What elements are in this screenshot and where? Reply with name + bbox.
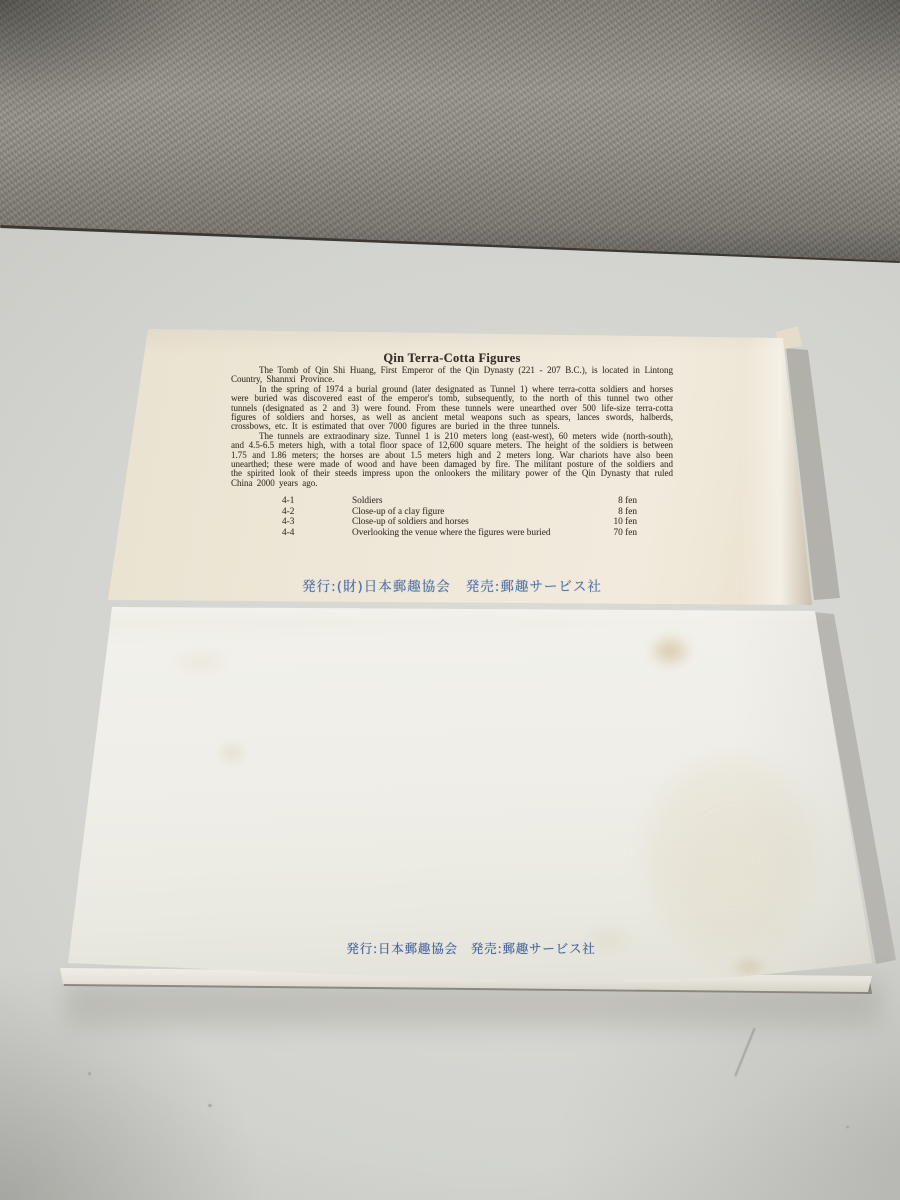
envelope-publisher-line: 発行:日本郵趣協会 発売:郵趣サービス社 [271,939,671,957]
stamp-price: 10 fen [614,517,638,528]
sheet-publisher-line: 発行:(財)日本郵趣協会 発売:郵趣サービス社 [231,575,673,595]
stamp-row: 4-2 Close-up of a clay figure 8 fen [231,507,637,518]
stamp-price: 8 fen [618,507,637,518]
stamp-description: Close-up of soldiers and horses [352,517,469,528]
envelope-issuer-text: 発行:日本郵趣協会 [346,939,457,957]
stamp-description: Soldiers [352,496,382,507]
stamp-description: Close-up of a clay figure [352,507,444,518]
stamp-number: 4-4 [282,528,294,539]
stamp-number: 4-2 [282,507,294,518]
envelope-stain [156,640,246,684]
stamp-number: 4-1 [282,496,294,507]
sheet-title: Qin Terra-Cotta Figures [231,351,673,366]
envelope-seller-text: 発売:郵趣サービス社 [471,939,596,957]
stamp-row: 4-1 Soldiers 8 fen [231,496,637,507]
envelope-stain [210,736,254,770]
sheet-issuer-text: 発行:(財)日本郵趣協会 [302,575,451,595]
stamp-row: 4-3 Close-up of soldiers and horses 10 f… [231,517,637,528]
photo-stage: 発行:日本郵趣協会 発売:郵趣サービス社 Qin Terra-Cotta Fig… [0,0,900,1200]
stamp-price: 8 fen [618,496,637,507]
stamp-price: 70 fen [614,528,638,539]
table-speck [208,1104,212,1107]
table-speck [88,1072,91,1075]
stamp-row: 4-4 Overlooking the venue where the figu… [231,528,637,539]
stamp-number: 4-3 [282,517,294,528]
envelope [60,600,880,992]
textured-wall [0,0,900,262]
stamp-list: 4-1 Soldiers 8 fen 4-2 Close-up of a cla… [231,496,637,539]
sheet-paragraph-1: The Tomb of Qin Shi Huang, First Emperor… [231,366,673,385]
sheet-seller-text: 発売:郵趣サービス社 [466,575,602,595]
sheet-paragraph-3: The tunnels are extraodinary size. Tunne… [231,432,673,488]
envelope-stain [638,626,702,676]
table-speck [846,1126,849,1128]
stamp-description: Overlooking the venue where the figures … [352,528,551,539]
sheet-description: The Tomb of Qin Shi Huang, First Emperor… [231,366,673,488]
sheet-paragraph-2: In the spring of 1974 a burial ground (l… [231,385,673,432]
